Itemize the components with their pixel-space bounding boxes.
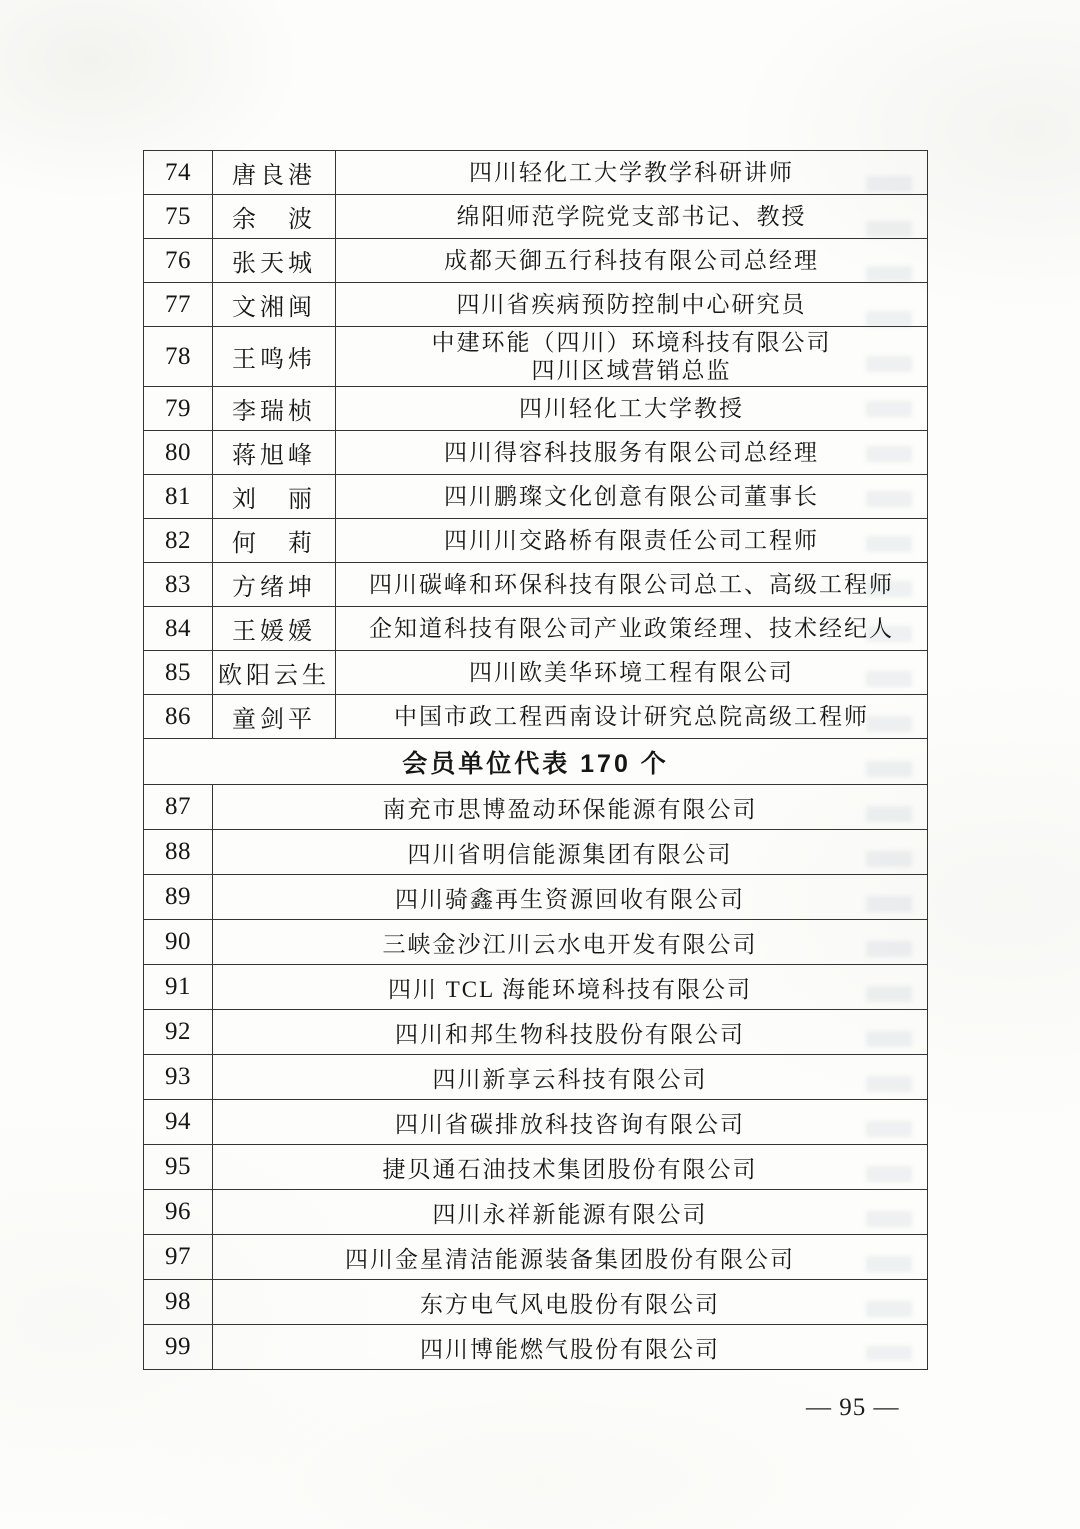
table-row: 87 南充市思博盈动环保能源有限公司 [144,785,928,830]
row-number: 91 [144,965,213,1010]
member-title: 四川得容科技服务有限公司总经理 [336,431,928,475]
table-row: 84 王媛媛 企知道科技有限公司产业政策经理、技术经纪人 [144,607,928,651]
table-row: 74 唐良港 四川轻化工大学教学科研讲师 [144,151,928,195]
row-number: 85 [144,651,213,695]
unit-name: 四川骑鑫再生资源回收有限公司 [213,875,928,920]
unit-name: 四川博能燃气股份有限公司 [213,1325,928,1370]
row-number: 95 [144,1145,213,1190]
section-header: 会员单位代表 170 个 [144,739,928,785]
table-row: 93 四川新享云科技有限公司 [144,1055,928,1100]
member-name: 方绪坤 [213,563,336,607]
row-number: 89 [144,875,213,920]
member-title: 四川川交路桥有限责任公司工程师 [336,519,928,563]
unit-name: 四川新享云科技有限公司 [213,1055,928,1100]
member-title: 企知道科技有限公司产业政策经理、技术经纪人 [336,607,928,651]
table-row: 92 四川和邦生物科技股份有限公司 [144,1010,928,1055]
member-title: 中国市政工程西南设计研究总院高级工程师 [336,695,928,739]
unit-name: 四川和邦生物科技股份有限公司 [213,1010,928,1055]
row-number: 80 [144,431,213,475]
row-number: 97 [144,1235,213,1280]
table-row: 88 四川省明信能源集团有限公司 [144,830,928,875]
unit-name: 四川 TCL 海能环境科技有限公司 [213,965,928,1010]
unit-name: 东方电气风电股份有限公司 [213,1280,928,1325]
table-row: 98 东方电气风电股份有限公司 [144,1280,928,1325]
row-number: 81 [144,475,213,519]
member-name: 何 莉 [213,519,336,563]
row-number: 79 [144,387,213,431]
row-number: 76 [144,239,213,283]
table-row: 91 四川 TCL 海能环境科技有限公司 [144,965,928,1010]
table-row: 83 方绪坤 四川碳峰和环保科技有限公司总工、高级工程师 [144,563,928,607]
member-title: 中建环能（四川）环境科技有限公司 四川区域营销总监 [336,327,928,387]
member-name: 余 波 [213,195,336,239]
member-name: 王媛媛 [213,607,336,651]
table-row: 86 童剑平 中国市政工程西南设计研究总院高级工程师 [144,695,928,739]
member-title: 绵阳师范学院党支部书记、教授 [336,195,928,239]
member-name: 蒋旭峰 [213,431,336,475]
table-row: 99 四川博能燃气股份有限公司 [144,1325,928,1370]
row-number: 94 [144,1100,213,1145]
member-name: 刘 丽 [213,475,336,519]
unit-name: 四川省明信能源集团有限公司 [213,830,928,875]
member-title: 四川欧美华环境工程有限公司 [336,651,928,695]
row-number: 98 [144,1280,213,1325]
row-number: 92 [144,1010,213,1055]
table-row: 85 欧阳云生 四川欧美华环境工程有限公司 [144,651,928,695]
document-page: 74 唐良港 四川轻化工大学教学科研讲师 75 余 波 绵阳师范学院党支部书记、… [0,0,1080,1529]
table-row: 79 李瑞桢 四川轻化工大学教授 [144,387,928,431]
member-name: 唐良港 [213,151,336,195]
table-row: 80 蒋旭峰 四川得容科技服务有限公司总经理 [144,431,928,475]
member-title: 四川轻化工大学教授 [336,387,928,431]
section-header-row: 会员单位代表 170 个 [144,739,928,785]
unit-name: 四川永祥新能源有限公司 [213,1190,928,1235]
member-name: 王鸣炜 [213,327,336,387]
row-number: 93 [144,1055,213,1100]
table-row: 97 四川金星清洁能源装备集团股份有限公司 [144,1235,928,1280]
member-roster-table: 74 唐良港 四川轻化工大学教学科研讲师 75 余 波 绵阳师范学院党支部书记、… [143,150,928,1370]
unit-name: 捷贝通石油技术集团股份有限公司 [213,1145,928,1190]
unit-name: 南充市思博盈动环保能源有限公司 [213,785,928,830]
table-row: 78 王鸣炜 中建环能（四川）环境科技有限公司 四川区域营销总监 [144,327,928,387]
table-row: 89 四川骑鑫再生资源回收有限公司 [144,875,928,920]
member-title: 四川轻化工大学教学科研讲师 [336,151,928,195]
member-name: 文湘闽 [213,283,336,327]
table-row: 96 四川永祥新能源有限公司 [144,1190,928,1235]
row-number: 75 [144,195,213,239]
table-row: 90 三峡金沙江川云水电开发有限公司 [144,920,928,965]
row-number: 84 [144,607,213,651]
table-row: 95 捷贝通石油技术集团股份有限公司 [144,1145,928,1190]
row-number: 78 [144,327,213,387]
row-number: 82 [144,519,213,563]
row-number: 99 [144,1325,213,1370]
member-name: 欧阳云生 [213,651,336,695]
row-number: 77 [144,283,213,327]
member-title: 四川省疾病预防控制中心研究员 [336,283,928,327]
member-name: 李瑞桢 [213,387,336,431]
row-number: 96 [144,1190,213,1235]
row-number: 90 [144,920,213,965]
table-row: 94 四川省碳排放科技咨询有限公司 [144,1100,928,1145]
table-row: 77 文湘闽 四川省疾病预防控制中心研究员 [144,283,928,327]
member-name: 张天城 [213,239,336,283]
row-number: 86 [144,695,213,739]
table-row: 76 张天城 成都天御五行科技有限公司总经理 [144,239,928,283]
unit-name: 三峡金沙江川云水电开发有限公司 [213,920,928,965]
row-number: 88 [144,830,213,875]
page-number: — 95 — [806,1394,900,1422]
unit-name: 四川省碳排放科技咨询有限公司 [213,1100,928,1145]
table-row: 75 余 波 绵阳师范学院党支部书记、教授 [144,195,928,239]
table-row: 82 何 莉 四川川交路桥有限责任公司工程师 [144,519,928,563]
row-number: 87 [144,785,213,830]
row-number: 83 [144,563,213,607]
member-name: 童剑平 [213,695,336,739]
unit-name: 四川金星清洁能源装备集团股份有限公司 [213,1235,928,1280]
member-title: 四川碳峰和环保科技有限公司总工、高级工程师 [336,563,928,607]
row-number: 74 [144,151,213,195]
member-title: 成都天御五行科技有限公司总经理 [336,239,928,283]
member-title: 四川鹏璨文化创意有限公司董事长 [336,475,928,519]
table-row: 81 刘 丽 四川鹏璨文化创意有限公司董事长 [144,475,928,519]
